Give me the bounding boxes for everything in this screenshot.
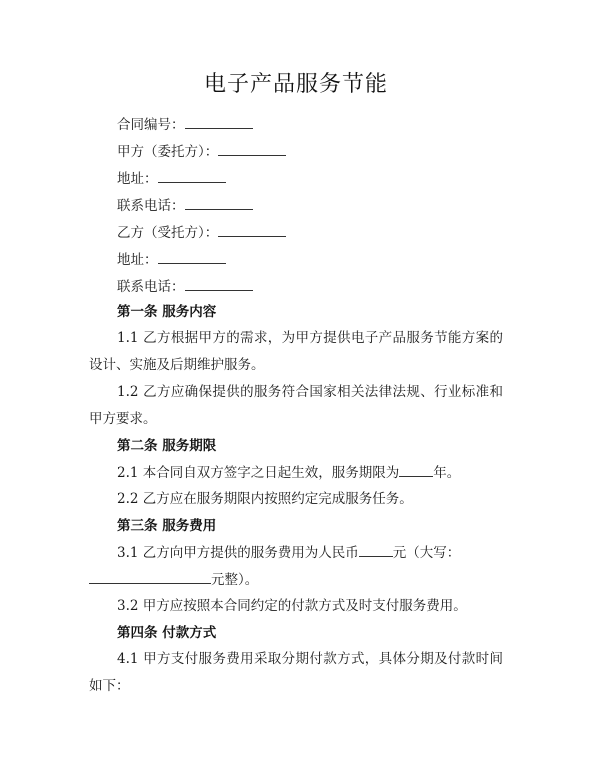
party-b-blank[interactable] (218, 222, 286, 237)
clause-4-1-line2: 如下： (89, 676, 503, 696)
clause-2-2: 2.2 乙方应在服务期限内按照约定完成服务任务。 (89, 489, 503, 509)
clause-text: 3.1 乙方向甲方提供的服务费用为人民币 (117, 545, 359, 561)
clause-1-2-line1: 1.2 乙方应确保提供的服务符合国家相关法律法规、行业标准和 (89, 382, 503, 402)
field-label: 甲方（委托方）： (117, 144, 218, 160)
field-label: 联系电话： (117, 198, 185, 214)
service-years-blank[interactable] (399, 462, 433, 477)
fee-amount-blank[interactable] (359, 542, 393, 557)
field-party-b-address: 地址： (89, 249, 503, 270)
field-label: 地址： (117, 252, 158, 268)
clause-3-1-line1: 3.1 乙方向甲方提供的服务费用为人民币元（大写： (89, 542, 503, 563)
clause-text: 2.1 本合同自双方签字之日起生效，服务期限为 (117, 465, 399, 481)
field-party-b: 乙方（受托方）： (89, 222, 503, 243)
section-heading-3: 第三条 服务费用 (89, 516, 503, 536)
section-heading-4: 第四条 付款方式 (89, 623, 503, 643)
clause-text: 元（大写： (393, 545, 461, 561)
clause-text: 元整）。 (211, 572, 258, 588)
contract-number-blank[interactable] (185, 114, 253, 129)
field-label: 联系电话： (117, 279, 185, 295)
document-title: 电子产品服务节能 (89, 70, 503, 100)
clause-2-1: 2.1 本合同自双方签字之日起生效，服务期限为年。 (89, 462, 503, 483)
fee-amount-words-blank[interactable] (89, 569, 211, 584)
field-party-b-phone: 联系电话： (89, 276, 503, 297)
party-a-blank[interactable] (218, 141, 286, 156)
section-heading-1: 第一条 服务内容 (89, 302, 503, 322)
clause-4-1-line1: 4.1 甲方支付服务费用采取分期付款方式，具体分期及付款时间 (89, 649, 503, 669)
clause-1-1-line2: 设计、实施及后期维护服务。 (89, 355, 503, 375)
field-label: 乙方（受托方）： (117, 225, 218, 241)
field-party-a-address: 地址： (89, 168, 503, 189)
party-b-address-blank[interactable] (158, 249, 226, 264)
clause-text: 年。 (433, 465, 460, 481)
clause-1-1-line1: 1.1 乙方根据甲方的需求，为甲方提供电子产品服务节能方案的 (89, 328, 503, 348)
party-b-phone-blank[interactable] (185, 276, 253, 291)
clause-3-1-line2: 元整）。 (89, 569, 503, 590)
field-label: 地址： (117, 171, 158, 187)
field-label: 合同编号： (117, 117, 185, 133)
field-contract-number: 合同编号： (89, 114, 503, 135)
party-a-address-blank[interactable] (158, 168, 226, 183)
clause-1-2-line2: 甲方要求。 (89, 409, 503, 429)
field-party-a: 甲方（委托方）： (89, 141, 503, 162)
section-heading-2: 第二条 服务期限 (89, 436, 503, 456)
clause-3-2: 3.2 甲方应按照本合同约定的付款方式及时支付服务费用。 (89, 596, 503, 616)
party-a-phone-blank[interactable] (185, 195, 253, 210)
field-party-a-phone: 联系电话： (89, 195, 503, 216)
